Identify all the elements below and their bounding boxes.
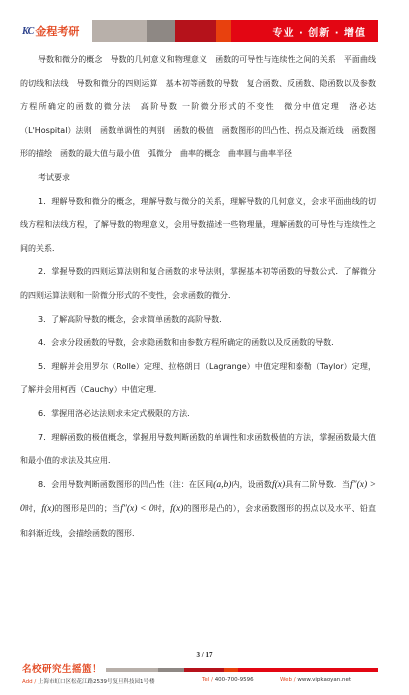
req8-text: 的图形是凹的；当 — [55, 504, 121, 513]
website-label: Web / — [280, 677, 297, 683]
footer-color-bar — [106, 668, 378, 672]
header-color-bar: 专业 · 创新 · 增值 — [92, 20, 378, 42]
req8-text: 内，设函数 — [231, 480, 272, 489]
footer-website[interactable]: Web / www.vipkaoyan.net — [280, 677, 351, 685]
header-bar-segment — [147, 20, 175, 42]
brand-logo: KC 金程考研 — [22, 20, 92, 42]
logo-text: 金程考研 — [35, 23, 79, 39]
document-body: 导数和微分的概念 导数的几何意义和物理意义 函数的可导性与连续性之间的关系 平面… — [20, 48, 376, 545]
footer-bar-segment — [224, 668, 238, 672]
requirement-item-8: 8．会用导数判断函数图形的凹凸性（注：在区间(a,b)内，设函数f(x)具有二阶… — [20, 473, 376, 546]
math-function: f(x) — [41, 504, 54, 514]
footer-slogan: 名校研究生摇篮！ — [22, 661, 102, 675]
math-second-derivative-negative: f″(x) < 0 — [120, 504, 153, 514]
requirement-item: 4．会求分段函数的导数，会求隐函数和由参数方程所确定的函数以及反函数的导数． — [20, 331, 376, 355]
math-interval: (a,b) — [213, 480, 231, 490]
header-bar-segment — [175, 20, 216, 42]
phone-value: 400-700-9596 — [215, 677, 254, 683]
requirement-item: 7．理解函数的极值概念，掌握用导数判断函数的单调性和求函数极值的方法，掌握函数最… — [20, 426, 376, 473]
req8-text: 具有二阶导数．当 — [285, 480, 350, 489]
page-header: KC 金程考研 专业 · 创新 · 增值 — [22, 20, 378, 42]
footer-bar-segment — [158, 668, 184, 672]
requirement-item: 3．了解高阶导数的概念，会求简单函数的高阶导数． — [20, 308, 376, 332]
requirement-item: 1．理解导数和微分的概念，理解导数与微分的关系，理解导数的几何意义，会求平面曲线… — [20, 190, 376, 261]
phone-label: Tel / — [202, 677, 215, 683]
footer-bar-segment — [184, 668, 224, 672]
footer-bar-segment — [106, 668, 158, 672]
req8-text: 8．会用导数判断函数图形的凹凸性（注：在区间 — [38, 480, 213, 489]
footer-bar-segment — [238, 668, 378, 672]
syllabus-intro: 导数和微分的概念 导数的几何意义和物理意义 函数的可导性与连续性之间的关系 平面… — [20, 48, 376, 166]
req8-text: 时， — [25, 504, 42, 513]
requirement-item: 5．理解并会用罗尔（Rolle）定理、拉格朗日（Lagrange）中值定理和泰勒… — [20, 355, 376, 402]
logo-mark-icon: KC — [22, 26, 33, 37]
math-function: f(x) — [272, 480, 285, 490]
website-link[interactable]: www.vipkaoyan.net — [297, 677, 351, 683]
footer-contact: Add / 上海市虹口区松花江路2539号复旦科技园1号楼 Tel / 400-… — [22, 677, 378, 685]
requirement-item: 6．掌握用洛必达法则求未定式极限的方法． — [20, 402, 376, 426]
page-indicator: 3 / 17 — [0, 651, 409, 659]
header-bar-segment — [216, 20, 231, 42]
math-function: f(x) — [170, 504, 183, 514]
header-bar-segment — [92, 20, 147, 42]
req8-text: 时， — [154, 504, 171, 513]
address-label: Add / — [22, 679, 38, 685]
requirement-item: 2．掌握导数的四则运算法则和复合函数的求导法则，掌握基本初等函数的导数公式．了解… — [20, 260, 376, 307]
footer-phone: Tel / 400-700-9596 — [202, 677, 280, 685]
section-title: 考试要求 — [20, 166, 376, 190]
address-value: 上海市虹口区松花江路2539号复旦科技园1号楼 — [38, 679, 155, 685]
footer-address: Add / 上海市虹口区松花江路2539号复旦科技园1号楼 — [22, 677, 202, 685]
footer-banner: 名校研究生摇篮！ — [22, 661, 378, 675]
header-slogan: 专业 · 创新 · 增值 — [231, 20, 378, 42]
